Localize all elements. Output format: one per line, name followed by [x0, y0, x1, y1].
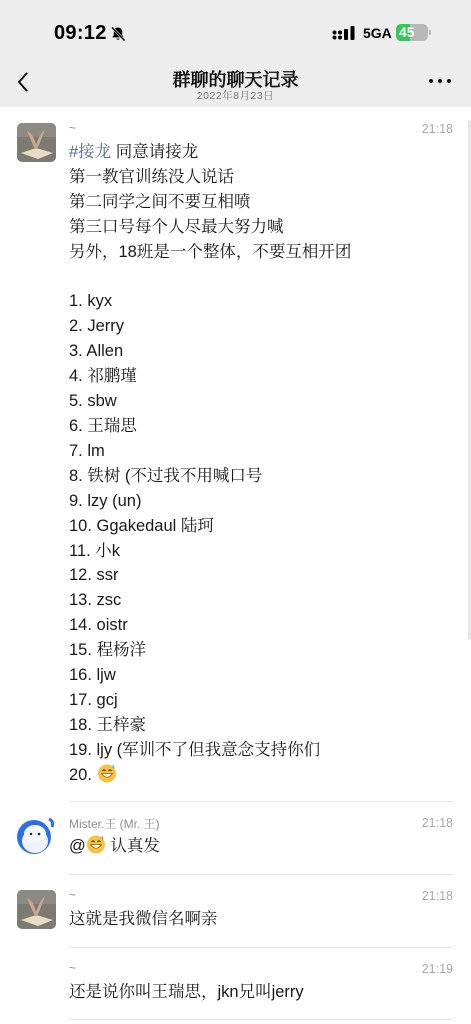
- hashtag-link[interactable]: #接龙: [69, 143, 111, 161]
- list-item: 13. zsc: [69, 591, 121, 609]
- message-time: 21:18: [422, 889, 453, 903]
- sender-name: ~: [69, 961, 76, 975]
- avatar-cat[interactable]: [17, 817, 56, 856]
- list-item: 14. oistr: [69, 616, 128, 634]
- signal-icon: [332, 26, 356, 40]
- more-options-icon[interactable]: [429, 74, 451, 88]
- page-subtitle-date: 2022年8月23日: [0, 88, 471, 103]
- avatar-book[interactable]: [17, 890, 56, 929]
- list-item: 19. ljy (军训不了但我意念支持你们: [69, 741, 320, 759]
- message-time: 21:19: [422, 962, 453, 976]
- list-item: 4. 祁鹏瑾: [69, 367, 137, 385]
- top-bar: 09:12 5GA 45 群聊的聊天记录 2022年8月23日: [0, 0, 471, 107]
- message-text: 这就是我微信名啊亲: [69, 907, 218, 932]
- battery-icon: 45: [396, 24, 428, 41]
- battery-cap: [429, 30, 431, 35]
- sender-name: ~: [69, 121, 76, 135]
- list-item: 20.: [69, 766, 97, 784]
- message-time: 21:18: [422, 122, 453, 136]
- list-item: 5. sbw: [69, 392, 117, 410]
- status-time: 09:12: [54, 22, 107, 45]
- grinning-sweat-emoji-icon: [97, 763, 117, 783]
- message-line: 第一教官训练没人说话: [69, 168, 234, 186]
- message-body: #接龙 同意请接龙 第一教官训练没人说话 第二同学之间不要互相喷 第三口号每个人…: [69, 140, 351, 788]
- book-photo-icon: [17, 890, 56, 929]
- message-divider: [69, 1019, 453, 1020]
- message-line: 另外，18班是一个整体，不要互相开团: [69, 243, 351, 261]
- sender-name: Mister.王 (Mr. 王): [69, 815, 160, 832]
- cat-cartoon-icon: [17, 817, 56, 856]
- battery-level: 45: [399, 24, 415, 41]
- list-item: 15. 程杨洋: [69, 641, 146, 659]
- message-line: 第二同学之间不要互相喷: [69, 193, 251, 211]
- mention-text: @: [69, 837, 86, 855]
- list-item: 17. gcj: [69, 691, 118, 709]
- list-item: 2. Jerry: [69, 317, 124, 335]
- book-photo-icon: [17, 123, 56, 162]
- list-item: 8. 铁树 (不过我不用喊口号: [69, 467, 262, 485]
- list-item: 10. Ggakedaul 陆珂: [69, 517, 214, 535]
- silent-bell-icon: [110, 26, 126, 42]
- list-item: 9. lzy (un): [69, 492, 141, 510]
- grinning-sweat-emoji-icon: [86, 834, 106, 854]
- message-text: 同意请接龙: [111, 143, 198, 161]
- message-text: 认真发: [106, 837, 160, 855]
- message-body: @ 认真发: [69, 834, 160, 859]
- message-time: 21:18: [422, 816, 453, 830]
- message-divider: [69, 874, 453, 875]
- message-line: 第三口号每个人尽最大努力喊: [69, 218, 284, 236]
- status-bar: 09:12 5GA 45: [0, 22, 471, 48]
- list-item: 6. 王瑞思: [69, 417, 137, 435]
- list-item: 1. kyx: [69, 292, 112, 310]
- list-item: 18. 王梓豪: [69, 716, 146, 734]
- list-item: 11. 小k: [69, 542, 120, 560]
- navigation-bar: 群聊的聊天记录 2022年8月23日: [0, 60, 471, 104]
- list-item: 7. lm: [69, 442, 105, 460]
- message-divider: [69, 947, 453, 948]
- sender-name: ~: [69, 888, 76, 902]
- avatar-book[interactable]: [17, 123, 56, 162]
- list-item: 16. ljw: [69, 666, 116, 684]
- list-item: 3. Allen: [69, 342, 123, 360]
- network-type: 5GA: [363, 25, 392, 41]
- message-divider: [69, 801, 453, 802]
- message-text: 还是说你叫王瑞思，jkn兄叫jerry: [69, 980, 304, 1005]
- list-item: 12. ssr: [69, 566, 119, 584]
